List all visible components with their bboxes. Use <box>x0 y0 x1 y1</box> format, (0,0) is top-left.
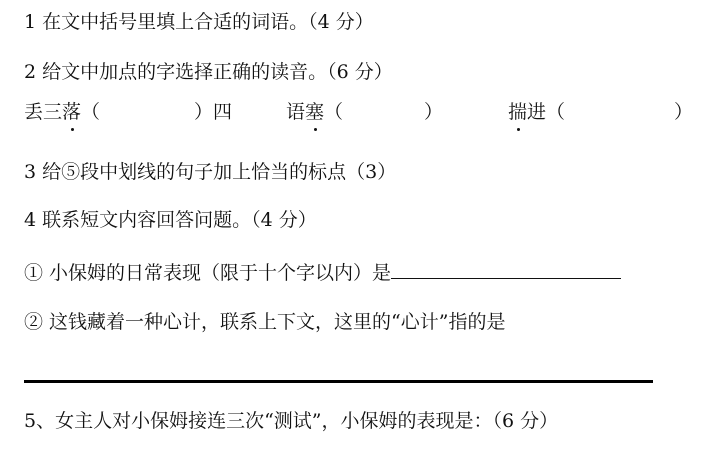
item-after-dot: 进 <box>527 101 546 123</box>
item-chuaijin: 揣进（ <box>508 100 565 124</box>
close-paren: ） <box>674 101 693 123</box>
question-2: 2 给文中加点的字选择正确的读音。（6 分） <box>24 60 393 84</box>
open-paren: （ <box>546 101 565 123</box>
open-paren: （ <box>81 101 100 123</box>
item-suffix: 四 <box>213 101 232 123</box>
sub-question-text: ① 小保姆的日常表现（限于十个字以内）是 <box>24 262 391 284</box>
answer-blank-1[interactable] <box>391 258 621 279</box>
item-chuaijin-close: ） <box>674 100 693 124</box>
answer-blank-2[interactable] <box>24 380 653 383</box>
open-paren: （ <box>324 101 343 123</box>
dotted-char: 揣 <box>508 100 527 124</box>
question-1: 1 在文中括号里填上合适的词语。（4 分） <box>24 10 374 34</box>
item-prefix: 语 <box>286 101 305 123</box>
dotted-char: 塞 <box>305 100 324 124</box>
question-5: 5、女主人对小保姆接连三次“测试”，小保姆的表现是：（6 分） <box>24 409 558 433</box>
item-prefix: 丢三 <box>24 101 62 123</box>
question-4: 4 联系短文内容回答问题。（4 分） <box>24 208 317 232</box>
question-4-sub-1: ① 小保姆的日常表现（限于十个字以内）是 <box>24 258 621 285</box>
question-2-items: 丢三落（ ）四 语塞（ ） 揣进（ ） <box>24 100 704 130</box>
item-yuse-close: ） <box>424 100 443 124</box>
close-paren: ） <box>424 101 443 123</box>
item-diusanlaosi: 丢三落（ <box>24 100 100 124</box>
item-diusanlaosi-close: ）四 <box>194 100 232 124</box>
close-paren: ） <box>194 101 213 123</box>
item-yuse: 语塞（ <box>286 100 343 124</box>
question-4-sub-2: ② 这钱藏着一种心计，联系上下文，这里的“心计”指的是 <box>24 310 505 334</box>
question-3: 3 给⑤段中划线的句子加上恰当的标点（3） <box>24 160 396 184</box>
dotted-char: 落 <box>62 100 81 124</box>
